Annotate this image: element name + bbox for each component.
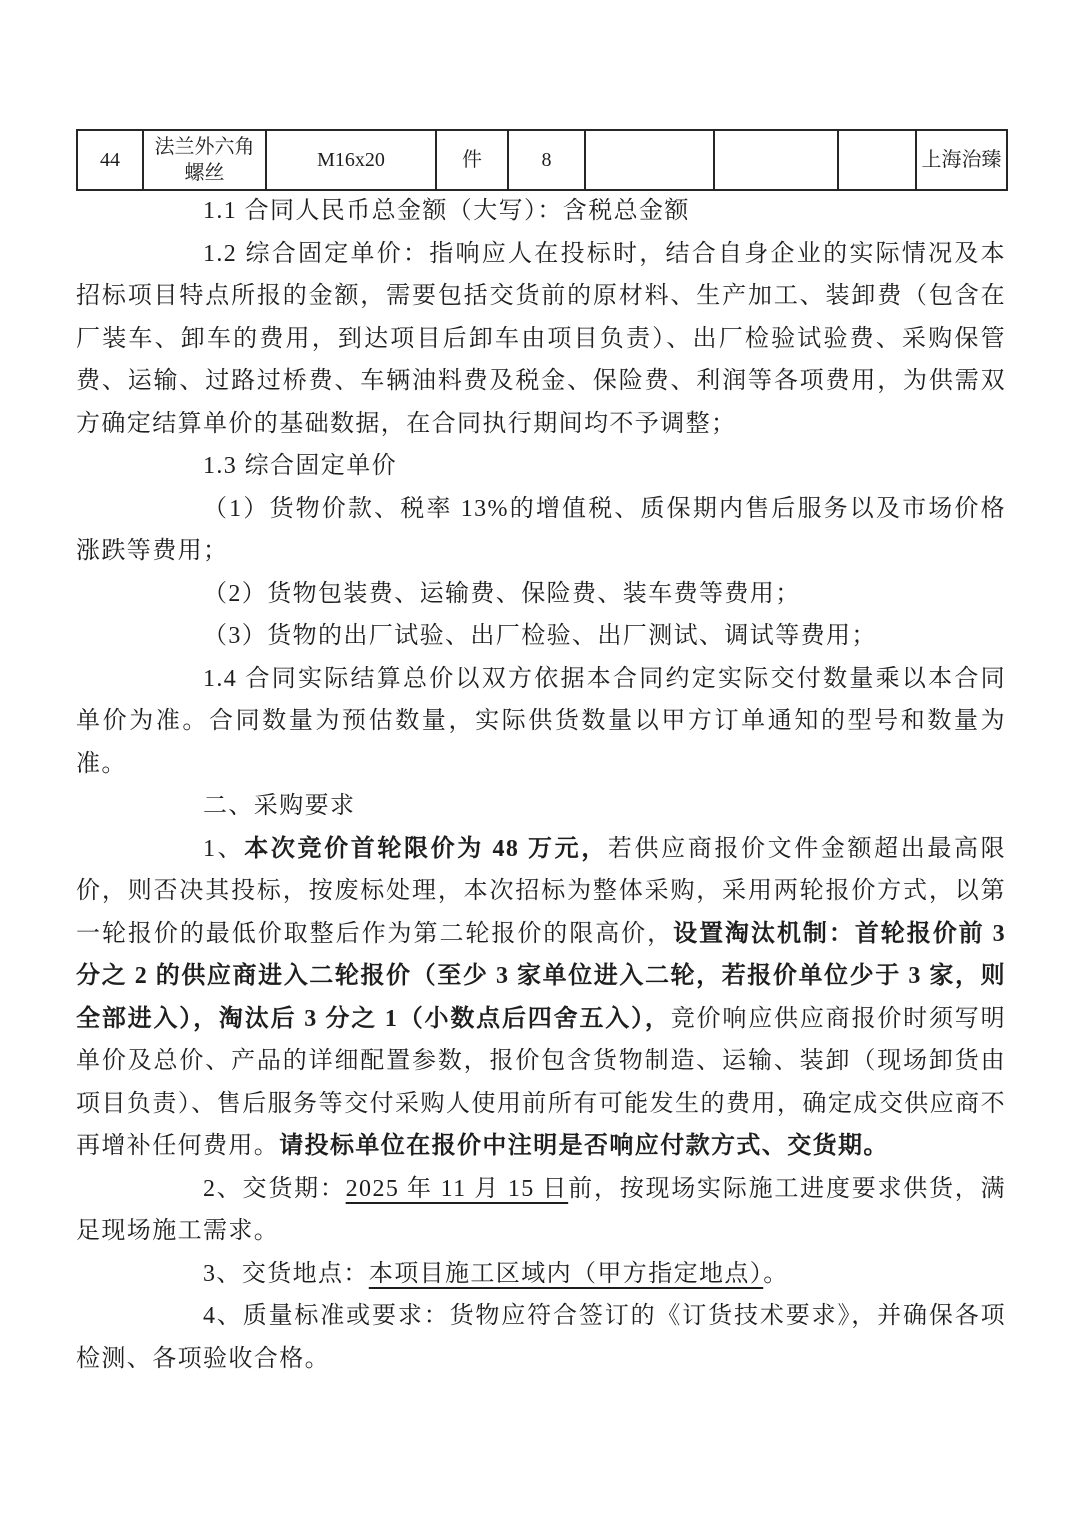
text-segment: 3、交货地点： bbox=[203, 1261, 369, 1287]
text-segment: 4、质量标准或要求：货物应符合签订的《订货技术要求》，并确保各项检测、各项验收合… bbox=[76, 1303, 1006, 1372]
clause-1-1: 1.1 合同人民币总金额（大写）：含税总金额 bbox=[76, 190, 1006, 233]
table-cell bbox=[585, 130, 714, 190]
clause-1-2: 1.2 综合固定单价：指响应人在投标时，结合自身企业的实际情况及本招标项目特点所… bbox=[76, 233, 1006, 446]
text-segment: 2025 年 11 月 15 日 bbox=[346, 1176, 569, 1202]
clause-1-4: 1.4 合同实际结算总价以双方依据本合同约定实际交付数量乘以本合同单价为准。合同… bbox=[76, 658, 1006, 786]
table-cell: M16x20 bbox=[266, 130, 436, 190]
document-body: 1.1 合同人民币总金额（大写）：含税总金额1.2 综合固定单价：指响应人在投标… bbox=[76, 190, 1006, 1380]
text-segment: （1）货物价款、税率 13%的增值税、质保期内售后服务以及市场价格涨跌等费用； bbox=[76, 496, 1006, 565]
text-segment: 本次竞价首轮限价为 48 万元， bbox=[244, 836, 608, 862]
table-cell: 8 bbox=[508, 130, 585, 190]
text-segment: 1.1 合同人民币总金额（大写）：含税总金额 bbox=[203, 198, 690, 224]
table-cell: 44 bbox=[77, 130, 143, 190]
items-table: 44法兰外六角螺丝M16x20件8上海治臻 bbox=[76, 129, 1008, 191]
text-segment: 二、采购要求 bbox=[203, 793, 355, 819]
clause-2-1: 1、本次竞价首轮限价为 48 万元，若供应商报价文件金额超出最高限价，则否决其投… bbox=[76, 828, 1006, 1168]
text-segment: （2）货物包装费、运输费、保险费、装车费等费用； bbox=[203, 581, 801, 607]
table-cell: 件 bbox=[436, 130, 508, 190]
document-page: 44法兰外六角螺丝M16x20件8上海治臻 1.1 合同人民币总金额（大写）：含… bbox=[0, 0, 1080, 1527]
text-segment: （3）货物的出厂试验、出厂检验、出厂测试、调试等费用； bbox=[203, 623, 877, 649]
table-cell: 法兰外六角螺丝 bbox=[143, 130, 266, 190]
clause-2-2: 2、交货期：2025 年 11 月 15 日前，按现场实际施工进度要求供货，满足… bbox=[76, 1168, 1006, 1253]
text-segment: 。 bbox=[763, 1261, 788, 1287]
text-segment: 1.2 综合固定单价：指响应人在投标时，结合自身企业的实际情况及本招标项目特点所… bbox=[76, 241, 1006, 437]
table-cell bbox=[714, 130, 838, 190]
text-segment: 1、 bbox=[203, 836, 244, 862]
table-cell bbox=[838, 130, 916, 190]
section-2-heading: 二、采购要求 bbox=[76, 785, 1006, 828]
clause-1-3-item-1: （1）货物价款、税率 13%的增值税、质保期内售后服务以及市场价格涨跌等费用； bbox=[76, 488, 1006, 573]
text-segment: 请投标单位在报价中注明是否响应付款方式、交货期。 bbox=[279, 1133, 889, 1159]
text-segment: 1.4 合同实际结算总价以双方依据本合同约定实际交付数量乘以本合同单价为准。合同… bbox=[76, 666, 1006, 777]
clause-1-3: 1.3 综合固定单价 bbox=[76, 445, 1006, 488]
text-segment: 2、交货期： bbox=[203, 1176, 346, 1202]
clause-2-4: 4、质量标准或要求：货物应符合签订的《订货技术要求》，并确保各项检测、各项验收合… bbox=[76, 1295, 1006, 1380]
table-row-item-44: 44法兰外六角螺丝M16x20件8上海治臻 bbox=[77, 130, 1007, 190]
clause-2-3: 3、交货地点：本项目施工区域内（甲方指定地点）。 bbox=[76, 1253, 1006, 1296]
clause-1-3-item-2: （2）货物包装费、运输费、保险费、装车费等费用； bbox=[76, 573, 1006, 616]
table-cell: 上海治臻 bbox=[916, 130, 1007, 190]
text-segment: 1.3 综合固定单价 bbox=[203, 453, 397, 479]
clause-1-3-item-3: （3）货物的出厂试验、出厂检验、出厂测试、调试等费用； bbox=[76, 615, 1006, 658]
text-segment: 本项目施工区域内（甲方指定地点） bbox=[369, 1261, 763, 1287]
